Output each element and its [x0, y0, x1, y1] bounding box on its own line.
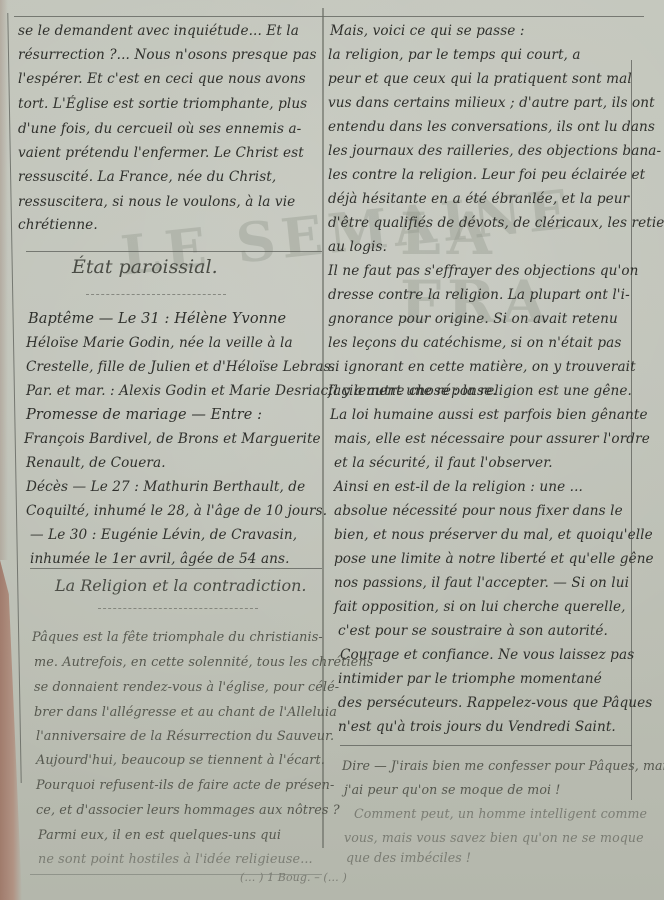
- text-line: ce, et d'associer leurs hommages aux nôt…: [36, 799, 340, 823]
- text-line: résurrection ?... Nous n'osons presque p…: [18, 44, 317, 68]
- text-line: d'être qualifiés de dévots, de cléricaux…: [328, 212, 664, 236]
- text-line: nos passions, il faut l'accepter. — Si o…: [334, 572, 629, 596]
- text-line: — Le 30 : Eugénie Lévin, de Cravasin,: [30, 524, 297, 548]
- footer-note: (… ) 1 Boug. – (… ): [240, 866, 347, 890]
- entry-promesse-mariage: Promesse de mariage — Entre :: [26, 404, 262, 428]
- text-line: Courage et confiance. Ne vous laissez pa…: [340, 644, 634, 668]
- text-line: Héloïse Marie Godin, née la veille à la: [26, 332, 293, 356]
- text-line: que des imbéciles !: [346, 846, 471, 870]
- page-edge-shadow: [0, 0, 8, 560]
- text-line: déjà hésitante en a été ébranlée, et la …: [328, 188, 629, 212]
- text-line: Parmi eux, il en est quelques-uns qui: [38, 824, 281, 848]
- text-line: Renault, de Couera.: [26, 452, 166, 476]
- top-rule: [14, 16, 644, 17]
- section-rule-etat: [26, 251, 322, 252]
- text-line: fait opposition, si on lui cherche quere…: [334, 596, 626, 620]
- text-line: Comment peut, un homme intelligent comme: [354, 802, 647, 826]
- text-line: des persécuteurs. Rappelez-vous que Pâqu…: [338, 692, 652, 716]
- text-line: Aujourd'hui, beaucoup se tiennent à l'éc…: [36, 749, 325, 773]
- section-heading-etat-paroissial: État paroissial.: [72, 256, 218, 278]
- section-heading-religion: La Religion et la contradiction.: [55, 576, 307, 595]
- text-line: Il ne faut pas s'effrayer des objections…: [328, 260, 639, 284]
- text-line: Pourquoi refusent-ils de faire acte de p…: [36, 774, 334, 798]
- text-line: me. Autrefois, en cette solennité, tous …: [34, 651, 373, 675]
- text-line: ressuscité. La France, née du Christ,: [18, 166, 276, 190]
- text-line: chrétienne.: [18, 214, 98, 238]
- entry-deces: Décès — Le 27 : Mathurin Berthault, de: [26, 476, 305, 500]
- document-page: LE SEMAINE LA FRA se le demandent avec i…: [0, 0, 664, 900]
- text-line: c'est pour se soustraire à son autorité.: [338, 620, 608, 644]
- text-line: brer dans l'allégresse et au chant de l'…: [34, 701, 337, 725]
- text-line: La loi humaine aussi est parfois bien gê…: [330, 404, 648, 428]
- text-line: intimider par le triomphe momentané: [338, 668, 602, 692]
- heading-underline: [86, 294, 226, 296]
- text-line: d'une fois, du cercueil où ses ennemis a…: [18, 118, 301, 142]
- text-line: dresse contre la religion. La plupart on…: [328, 284, 630, 308]
- text-line: au logis.: [328, 236, 387, 260]
- text-line: Ainsi en est-il de la religion : une ...: [334, 476, 583, 500]
- heading-underline: [98, 608, 258, 610]
- text-line: Il y a autre chose : la religion est une…: [328, 380, 632, 404]
- text-line: Pâques est la fête triomphale du christi…: [32, 626, 323, 650]
- text-line: gnorance pour origine. Si on avait reten…: [328, 308, 618, 332]
- text-line: ressuscitera, si nous le voulons, à la v…: [18, 191, 295, 215]
- quote-box-top-rule: [340, 745, 632, 746]
- text-line: tort. L'Église est sortie triomphante, p…: [18, 93, 307, 117]
- text-line: l'anniversaire de la Résurrection du Sau…: [36, 725, 334, 749]
- text-line: Crestelle, fille de Julien et d'Héloïse …: [26, 356, 335, 380]
- text-line: vus dans certains milieux ; d'autre part…: [328, 92, 655, 116]
- text-line: Par. et mar. : Alexis Godin et Marie Des…: [26, 380, 333, 404]
- text-line: vaient prétendu l'enfermer. Le Christ es…: [18, 142, 304, 166]
- text-line: bien, et nous préserver du mal, et quoiq…: [334, 524, 653, 548]
- entry-bapteme: Baptême — Le 31 : Hélène Yvonne: [28, 308, 286, 332]
- text-line: l'espérer. Et c'est en ceci que nous avo…: [18, 68, 306, 92]
- text-line: entendu dans les conversations, ils ont …: [328, 116, 655, 140]
- text-line: François Bardivel, de Brons et Marguerit…: [24, 428, 321, 452]
- text-line: Mais, voici ce qui se passe :: [330, 20, 525, 44]
- text-line: se le demandent avec inquiétude... Et la: [18, 20, 299, 44]
- text-line: et la sécurité, il faut l'observer.: [334, 452, 553, 476]
- text-line: n'est qu'à trois jours du Vendredi Saint…: [338, 716, 616, 740]
- text-line: mais, elle est nécessaire pour assurer l…: [334, 428, 650, 452]
- text-line: Dire — J'irais bien me confesser pour Pâ…: [342, 754, 664, 778]
- text-line: les journaux des railleries, des objecti…: [328, 140, 661, 164]
- text-line: peur et que ceux qui la pratiquent sont …: [328, 68, 632, 92]
- text-line: pose une limite à notre liberté et qu'el…: [334, 548, 654, 572]
- text-line: les contre la religion. Leur foi peu écl…: [328, 164, 645, 188]
- text-line: absolue nécessité pour nous fixer dans l…: [334, 500, 623, 524]
- text-line: les leçons du catéchisme, si on n'était …: [328, 332, 621, 356]
- text-line: la religion, par le temps qui court, a: [328, 44, 581, 68]
- text-line: inhumée le 1er avril, âgée de 54 ans.: [30, 548, 290, 572]
- text-line: Coquilté, inhumé le 28, à l'âge de 10 jo…: [26, 500, 327, 524]
- text-line: si ignorant en cette matière, on y trouv…: [328, 356, 636, 380]
- text-line: se donnaient rendez-vous à l'église, pou…: [34, 676, 339, 700]
- text-line: j'ai peur qu'on se moque de moi !: [344, 778, 560, 802]
